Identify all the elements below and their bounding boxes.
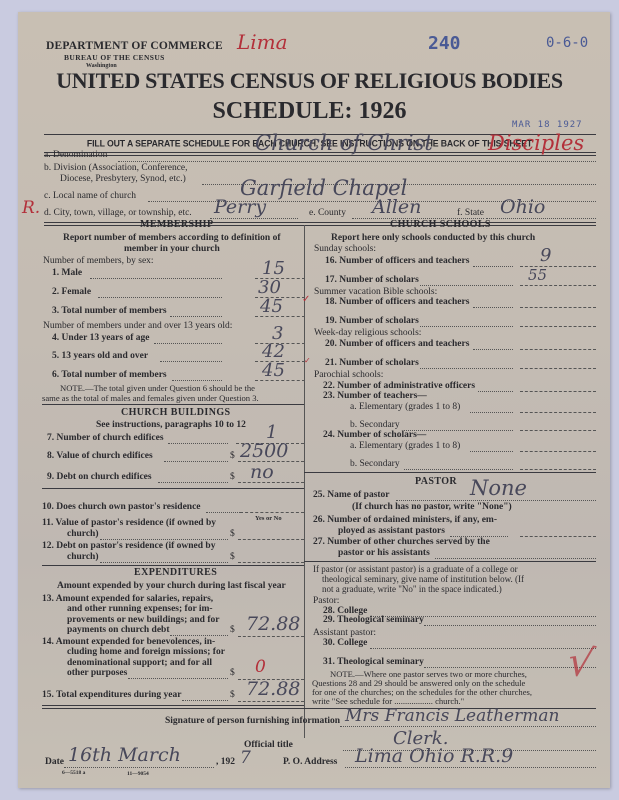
q14-line-3: denominational support; and for all	[67, 658, 212, 668]
state-value: Ohio	[500, 196, 545, 218]
q22-field[interactable]	[520, 391, 596, 392]
weekday-schools-label: Week-day religious schools:	[314, 328, 421, 338]
po-address-value: Lima Ohio R.R.9	[355, 745, 513, 767]
form-code: 6—5518 a	[62, 770, 85, 776]
q17-label: 17. Number of scholars	[325, 275, 419, 285]
buildings-intro: See instructions, paragraphs 10 to 12	[96, 420, 246, 430]
graduate-note-1: If pastor (or assistant pastor) is a gra…	[313, 564, 518, 574]
q14-line-2: cluding home and foreign missions; for	[67, 647, 225, 657]
q14-line-1: 14. Amount expended for benevolences, in…	[42, 637, 215, 647]
po-address-field[interactable]	[345, 767, 596, 768]
q19-label: 19. Number of scholars	[325, 316, 419, 326]
q25-label: 25. Name of pastor	[313, 490, 390, 500]
received-date-stamp: MAR 18 1927	[512, 120, 583, 130]
schools-intro: Report here only schools conducted by th…	[331, 233, 535, 243]
owns-residence-label: 10. Does church own pastor's residence	[42, 502, 201, 512]
dollar-sign: $	[230, 552, 235, 562]
stamp-code: 0-6-0	[546, 35, 588, 51]
total-members-value: 45	[260, 296, 283, 317]
q26-line-1: 26. Number of ordained ministers, if any…	[313, 515, 497, 525]
leader-dots	[473, 266, 513, 267]
q13-line-3: provements or new buildings; and for	[67, 615, 219, 625]
city-label: d. City, town, village, or township, etc…	[44, 208, 192, 218]
leader-dots	[473, 349, 513, 350]
q18-label: 18. Number of officers and teachers	[325, 297, 469, 307]
leader-dots	[206, 512, 240, 513]
county-value: Allen	[372, 196, 421, 218]
divider	[42, 705, 304, 706]
by-age-label: Number of members under and over 13 year…	[43, 321, 232, 331]
q30-label: 30. College	[323, 638, 367, 648]
residence-debt-field[interactable]	[238, 562, 304, 563]
edifices-value-value: 2500	[240, 440, 288, 462]
check-mark-icon: ✓	[304, 356, 311, 365]
q16-label: 16. Number of officers and teachers	[325, 256, 469, 266]
q14-value: 0	[255, 657, 266, 677]
q23a-field[interactable]	[520, 412, 596, 413]
q24b-label: b. Secondary	[350, 459, 400, 469]
divider	[42, 404, 304, 405]
pastor-name-value: None	[470, 476, 527, 500]
leader-dots	[168, 443, 228, 444]
total-by-age-value: 45	[262, 360, 285, 381]
dollar-sign: $	[230, 451, 235, 461]
by-sex-label: Number of members, by sex:	[43, 256, 154, 266]
q15-value: 72.88	[246, 678, 300, 700]
q13-line-4: payments on church debt	[67, 625, 170, 635]
residence-value-label-2: church)	[67, 529, 99, 539]
membership-intro-2: member in your church	[124, 244, 220, 254]
leader-dots	[420, 326, 513, 327]
division-label-2: Diocese, Presbytery, Synod, etc.)	[60, 174, 186, 184]
pastor-heading: PASTOR	[415, 476, 457, 487]
assistant-pastor-sublabel: Assistant pastor:	[313, 628, 376, 638]
edifices-count-label: 7. Number of church edifices	[47, 433, 164, 443]
print-code: 11—9054	[127, 771, 149, 777]
bureau-label: BUREAU OF THE CENSUS	[64, 53, 165, 62]
q24-label: 24. Number of scholars—	[323, 430, 426, 440]
residence-value-field[interactable]	[238, 539, 304, 540]
parochial-schools-label: Parochial schools:	[314, 370, 383, 380]
divider	[44, 222, 596, 223]
leader-dots	[128, 678, 228, 679]
divider	[304, 472, 596, 473]
q20-label: 20. Number of officers and teachers	[325, 339, 469, 349]
leader-dots	[182, 700, 228, 701]
q29-label: 29. Theological seminary	[323, 615, 424, 625]
department-label: DEPARTMENT OF COMMERCE	[46, 40, 223, 52]
q13-line-2: and other running expenses; for im-	[67, 604, 213, 614]
denomination-red-note: Disciples	[488, 131, 584, 155]
leader-dots	[160, 361, 222, 362]
signature-field[interactable]	[340, 726, 596, 727]
division-label-1: b. Division (Association, Conference,	[44, 163, 188, 173]
residence-debt-label-2: church)	[67, 552, 99, 562]
pastor-name-field[interactable]	[396, 500, 596, 501]
leader-dots	[100, 562, 228, 563]
q23b-field[interactable]	[520, 430, 596, 431]
q15-label: 15. Total expenditures during year	[42, 690, 181, 700]
edifices-debt-label: 9. Debt on church edifices	[47, 472, 152, 482]
date-label: Date	[45, 757, 64, 767]
q19-field[interactable]	[520, 326, 596, 327]
official-title-label: Official title	[244, 740, 293, 750]
dollar-sign: $	[230, 472, 235, 482]
total-by-age-label: 6. Total number of members	[52, 370, 167, 380]
female-value: 30	[258, 277, 281, 298]
q15-field[interactable]	[238, 701, 304, 702]
membership-heading: MEMBERSHIP	[140, 219, 213, 230]
q18-field[interactable]	[520, 307, 596, 308]
leader-dots	[172, 380, 222, 381]
check-mark-icon: ✓	[302, 294, 310, 305]
q24b-field[interactable]	[520, 469, 596, 470]
leader-dots	[164, 461, 228, 462]
leader-dots	[420, 368, 513, 369]
denomination-value: Church of Christ	[255, 131, 433, 155]
denomination-label: a. Denomination	[44, 150, 107, 160]
year-prefix: , 192	[216, 757, 235, 767]
leader-dots	[98, 297, 222, 298]
schools-heading: CHURCH SCHOOLS	[390, 219, 491, 230]
q24a-field[interactable]	[520, 451, 596, 452]
q21-label: 21. Number of scholars	[325, 358, 419, 368]
expenditures-intro: Amount expended by your church during la…	[57, 581, 286, 591]
sunday-schools-label: Sunday schools:	[314, 244, 376, 254]
q23b-label: b. Secondary	[350, 420, 400, 430]
q14-line-4: other purposes	[67, 668, 127, 678]
denomination-field[interactable]	[118, 161, 596, 162]
q31-label: 31. Theological seminary	[323, 657, 424, 667]
divider	[44, 225, 596, 226]
edifices-debt-value: no	[250, 461, 274, 483]
graduate-note-3: not a graduate, write "No" in the space …	[322, 584, 502, 594]
dollar-sign: $	[230, 690, 235, 700]
divider	[42, 708, 304, 709]
owns-residence-field[interactable]	[240, 512, 304, 513]
leader-dots	[158, 482, 228, 483]
city-margin-mark: R.	[22, 198, 40, 218]
leader-dots	[478, 391, 513, 392]
expenditures-heading: EXPENDITURES	[134, 567, 217, 578]
residence-debt-label-1: 12. Debt on pastor's residence (if owned…	[42, 541, 215, 551]
city-value: Perry	[214, 196, 266, 218]
date-field[interactable]	[64, 767, 214, 768]
q27-line-2: pastor or his assistants	[338, 548, 430, 558]
q24a-label: a. Elementary (grades 1 to 8)	[350, 441, 460, 451]
leader-dots	[420, 285, 513, 286]
leader-dots	[90, 278, 222, 279]
leader-dots	[470, 412, 513, 413]
divider	[44, 155, 596, 156]
date-value: 16th March	[68, 744, 181, 766]
over-13-label: 5. 13 years old and over	[52, 351, 148, 361]
dollar-sign: $	[230, 625, 235, 635]
signature-label: Signature of person furnishing informati…	[165, 716, 340, 726]
q20-field[interactable]	[520, 349, 596, 350]
q13-value: 72.88	[246, 613, 300, 635]
female-label: 2. Female	[52, 287, 91, 297]
q27-field[interactable]	[435, 558, 596, 559]
pastor-note-4: write "See schedule for ................…	[312, 696, 464, 706]
divider	[42, 565, 304, 566]
q13-field[interactable]	[238, 636, 304, 637]
dollar-sign: $	[230, 668, 235, 678]
q17-field[interactable]	[520, 285, 596, 286]
leader-dots	[154, 343, 222, 344]
state-label: f. State	[457, 208, 484, 218]
local-name-label: c. Local name of church	[44, 191, 136, 201]
q13-line-1: 13. Amount expended for salaries, repair…	[42, 594, 213, 604]
leader-dots	[470, 451, 513, 452]
membership-note-2: same as the total of males and females g…	[42, 393, 259, 403]
male-label: 1. Male	[52, 268, 82, 278]
q23a-label: a. Elementary (grades 1 to 8)	[350, 402, 460, 412]
q16-value: 9	[540, 245, 551, 266]
po-address-label: P. O. Address	[283, 757, 337, 767]
q22-label: 22. Number of administrative officers	[323, 381, 475, 391]
residence-value-label-1: 11. Value of pastor's residence (if owne…	[42, 518, 216, 528]
leader-dots	[404, 469, 513, 470]
q26-line-2: ployed as assistant pastors	[338, 526, 445, 536]
under-13-label: 4. Under 13 years of age	[52, 333, 149, 343]
membership-note-1: NOTE.—The total given under Question 6 s…	[60, 383, 255, 393]
summer-schools-label: Summer vacation Bible schools:	[314, 287, 437, 297]
q23-label: 23. Number of teachers—	[323, 391, 427, 401]
leader-dots	[170, 635, 228, 636]
leader-dots	[100, 539, 228, 540]
total-members-label: 3. Total number of members	[52, 306, 167, 316]
leader-dots	[170, 316, 222, 317]
divider	[304, 561, 596, 562]
over-13-value: 42	[262, 341, 285, 362]
divider	[42, 488, 304, 489]
state-field[interactable]	[486, 218, 596, 219]
buildings-heading: CHURCH BUILDINGS	[121, 407, 230, 418]
q21-field[interactable]	[520, 368, 596, 369]
page-title: UNITED STATES CENSUS OF RELIGIOUS BODIES	[0, 68, 619, 94]
handwritten-city: Lima	[237, 30, 288, 54]
q17-value: 55	[528, 266, 547, 284]
leader-dots	[473, 307, 513, 308]
q25-hint: (If church has no pastor, write "None")	[352, 502, 512, 512]
edifices-value-label: 8. Value of church edifices	[47, 451, 153, 461]
stamp-number: 240	[428, 33, 461, 54]
membership-intro-1: Report number of members according to de…	[63, 233, 281, 243]
yes-or-no-hint: Yes or No	[255, 515, 282, 522]
male-value: 15	[262, 258, 285, 279]
q30-field[interactable]	[370, 648, 596, 649]
signature-value: Mrs Francis Leatherman	[345, 706, 559, 726]
city-field[interactable]	[210, 218, 298, 219]
county-label: e. County	[309, 208, 346, 218]
q29-field[interactable]	[424, 625, 596, 626]
q26-field[interactable]	[520, 536, 596, 537]
q27-line-1: 27. Number of other churches served by t…	[313, 537, 490, 547]
graduate-note-2: theological seminary, give name of insti…	[322, 574, 524, 584]
pastor-sublabel: Pastor:	[313, 596, 339, 606]
dollar-sign: $	[230, 529, 235, 539]
year-digit: 7	[240, 748, 251, 768]
